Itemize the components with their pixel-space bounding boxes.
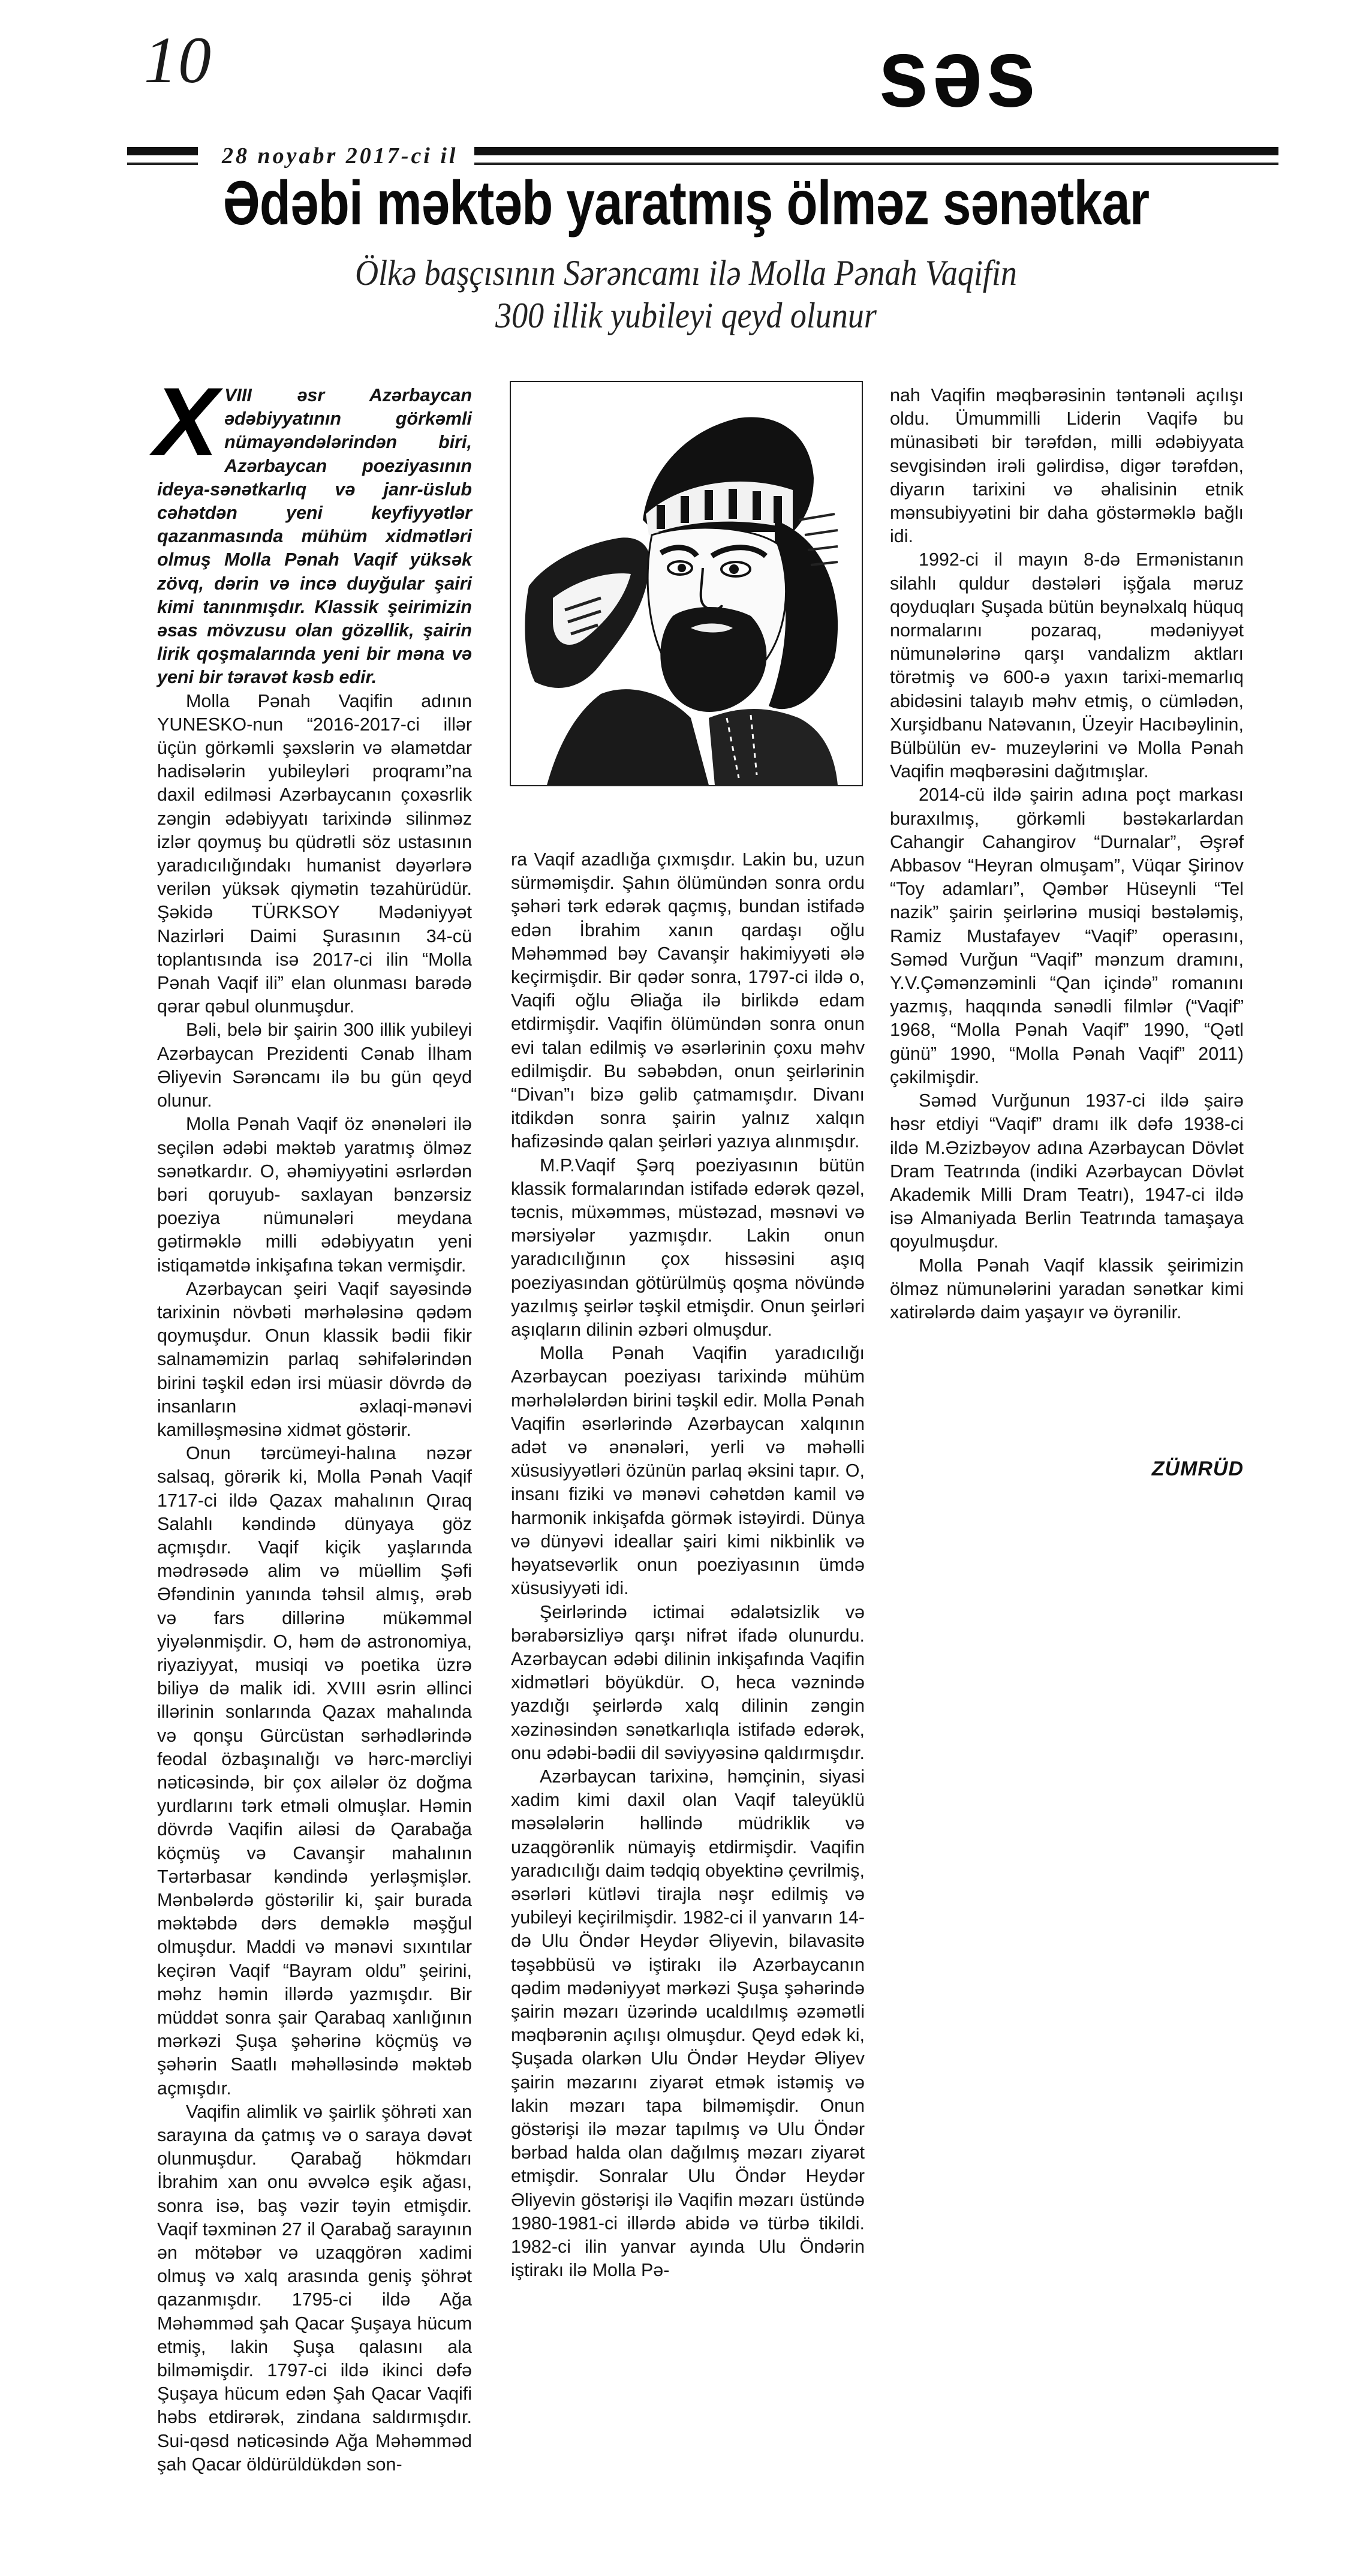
body-paragraph: Molla Pənah Vaqif klassik şeirimizin ölm… (890, 1254, 1244, 1325)
article-headline: Ədəbi məktəb yaratmış ölməz sənətkar (124, 169, 1248, 238)
issue-date: 28 noyabr 2017-ci il (222, 143, 458, 169)
article-column-left: XVIII əsr Azərbaycan ədəbiyyatının görkə… (157, 384, 472, 2476)
dateline: 28 noyabr 2017-ci il (127, 139, 1278, 173)
drop-cap: X (154, 386, 218, 458)
portrait-illustration-icon (511, 382, 862, 785)
page-number: 10 (144, 27, 212, 93)
article-column-right: nah Vaqifin məqbərəsinin təntənəli açılı… (890, 384, 1244, 1324)
article-column-middle: ra Vaqif azadlığa çıxmışdır. Lakin bu, u… (511, 848, 865, 2282)
body-paragraph: Səməd Vurğunun 1937-ci ildə şairə həsr e… (890, 1089, 1244, 1254)
lead-paragraph: XVIII əsr Azərbaycan ədəbiyyatının görkə… (157, 384, 472, 690)
body-paragraph: 2014-cü ildə şairin adına poçt markası b… (890, 783, 1244, 1089)
body-paragraph: 1992-ci il mayın 8-də Ermənistanın silah… (890, 548, 1244, 783)
subhead-line-1: Ölkə başçısının Sərəncamı ilə Molla Pəna… (68, 252, 1303, 294)
body-paragraph: Vaqifin alimlik və şairlik şöhrəti xan s… (157, 2100, 472, 2476)
body-paragraph: nah Vaqifin məqbərəsinin təntənəli açılı… (890, 384, 1244, 548)
body-paragraph: M.P.Vaqif Şərq poeziyasının bütün klassi… (511, 1154, 865, 1342)
body-paragraph: Azərbaycan şeiri Vaqif sayəsində tarixin… (157, 1278, 472, 1442)
body-paragraph: ra Vaqif azadlığa çıxmışdır. Lakin bu, u… (511, 848, 865, 1154)
dateline-rule-right (474, 147, 1278, 165)
article-subhead: Ölkə başçısının Sərəncamı ilə Molla Pəna… (68, 252, 1303, 337)
body-paragraph: Molla Pənah Vaqifin yaradıcılığı Azərbay… (511, 1342, 865, 1600)
newspaper-masthead: səs (878, 24, 1039, 121)
body-paragraph: Bəli, belə bir şairin 300 illik yubileyi… (157, 1018, 472, 1113)
author-signature: ZÜMRÜD (890, 1457, 1244, 1481)
body-paragraph: Azərbaycan tarixinə, həmçinin, siyasi xa… (511, 1765, 865, 2282)
body-paragraph: Molla Pənah Vaqifin adının YUNESKO-nun “… (157, 690, 472, 1019)
body-paragraph: Onun tərcümeyi-halına nəzər salsaq, görə… (157, 1442, 472, 2100)
body-paragraph: Şeirlərində ictimai ədalətsizlik və bəra… (511, 1601, 865, 1765)
subhead-line-2: 300 illik yubileyi qeyd olunur (68, 294, 1303, 337)
portrait-image (510, 381, 863, 786)
dateline-rule-left (127, 147, 198, 165)
body-paragraph: Molla Pənah Vaqif öz ənənələri ilə seçil… (157, 1113, 472, 1277)
